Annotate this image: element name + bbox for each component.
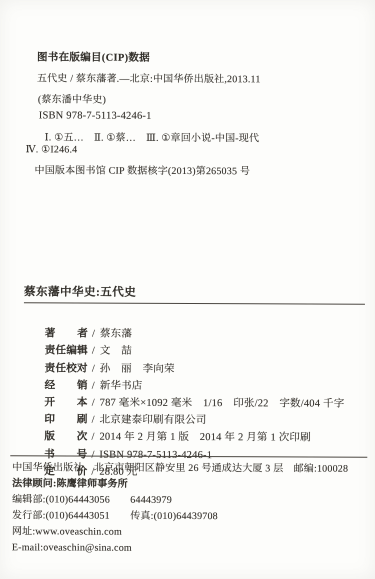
- scanned-page-content: 图书在版编目(CIP)数据 五代史 / 蔡东藩著.—北京:中国华侨出版社,201…: [0, 0, 375, 579]
- entry-separator: /: [88, 363, 100, 374]
- website-line: 网址:www.oveaschin.com: [12, 525, 370, 543]
- email-line: E-mail:oveaschin@sina.com: [12, 541, 370, 559]
- cip-series-name: (蔡东潘中华史): [38, 90, 106, 105]
- publisher-address-line: 中国华侨出版社 北京市朝阳区静安里 26 号通成达大厦 3 层 邮编:10002…: [12, 460, 370, 478]
- entry-separator: /: [88, 398, 100, 409]
- book-title: 蔡东藩中华史:五代史: [24, 283, 136, 299]
- cip-title-statement: 五代史 / 蔡东藩著.—北京:中国华侨出版社,2013.11: [37, 69, 261, 85]
- entry-value: 北京建泰印刷有限公司: [100, 415, 207, 426]
- entry-separator: /: [88, 346, 100, 357]
- publisher-block: 中国华侨出版社 北京市朝阳区静安里 26 号通成达大厦 3 层 邮编:10002…: [12, 460, 370, 558]
- entry-separator: /: [88, 380, 100, 391]
- distribution-dept-phone-line: 发行部:(010)64443051 传真:(010)64439708: [12, 509, 370, 527]
- entry-label: 责任编辑: [45, 346, 88, 357]
- entry-label: 经 销: [45, 380, 88, 391]
- entry-separator: /: [88, 415, 100, 426]
- cip-record-number: 中国版本图书馆 CIP 数据核字(2013)第265035 号: [34, 161, 250, 177]
- entry-value: 孙 丽 李向荣: [100, 363, 175, 374]
- legal-counsel-line: 法律顾问:陈鹰律师事务所: [12, 476, 370, 494]
- cip-heading: 图书在版编目(CIP)数据: [37, 49, 150, 64]
- entry-value: 2014 年 2 月第 1 版 2014 年 2 月第 1 次印刷: [99, 432, 310, 444]
- entry-label: 开 本: [44, 397, 87, 408]
- entry-label: 责任校对: [45, 363, 88, 374]
- book-copyright-page: 图书在版编目(CIP)数据 五代史 / 蔡东藩著.—北京:中国华侨出版社,201…: [0, 0, 375, 579]
- entry-value: 蔡东藩: [100, 329, 132, 340]
- entry-label: 版 次: [44, 432, 87, 443]
- colophon-entry-author: 著 者/蔡东藩: [24, 308, 367, 327]
- cip-isbn: ISBN 978-7-5113-4246-1: [39, 110, 152, 121]
- cip-classification-line-1: Ⅰ. ①五… Ⅱ. ①蔡… Ⅲ. ①章回小说-中国-现代: [45, 128, 260, 144]
- entry-value: 文 喆: [100, 346, 132, 357]
- entry-value: 新华书店: [100, 380, 143, 391]
- entry-label: 著 者: [45, 329, 88, 340]
- divider-top: [24, 302, 365, 304]
- entry-label: 印 刷: [44, 415, 87, 426]
- entry-separator: /: [88, 329, 100, 340]
- colophon-entries: 著 者/蔡东藩 责任编辑/文 喆 责任校对/孙 丽 李向荣 经 销/新华书店 开…: [23, 308, 367, 464]
- editorial-dept-phone-line: 编辑部:(010)64443056 64443979: [12, 492, 370, 510]
- cip-classification-line-2: Ⅳ. ①I246.4: [26, 144, 78, 155]
- entry-separator: /: [88, 432, 100, 443]
- entry-value: 787 毫米×1092 毫米 1/16 印张/22 字数/404 千字: [100, 398, 345, 410]
